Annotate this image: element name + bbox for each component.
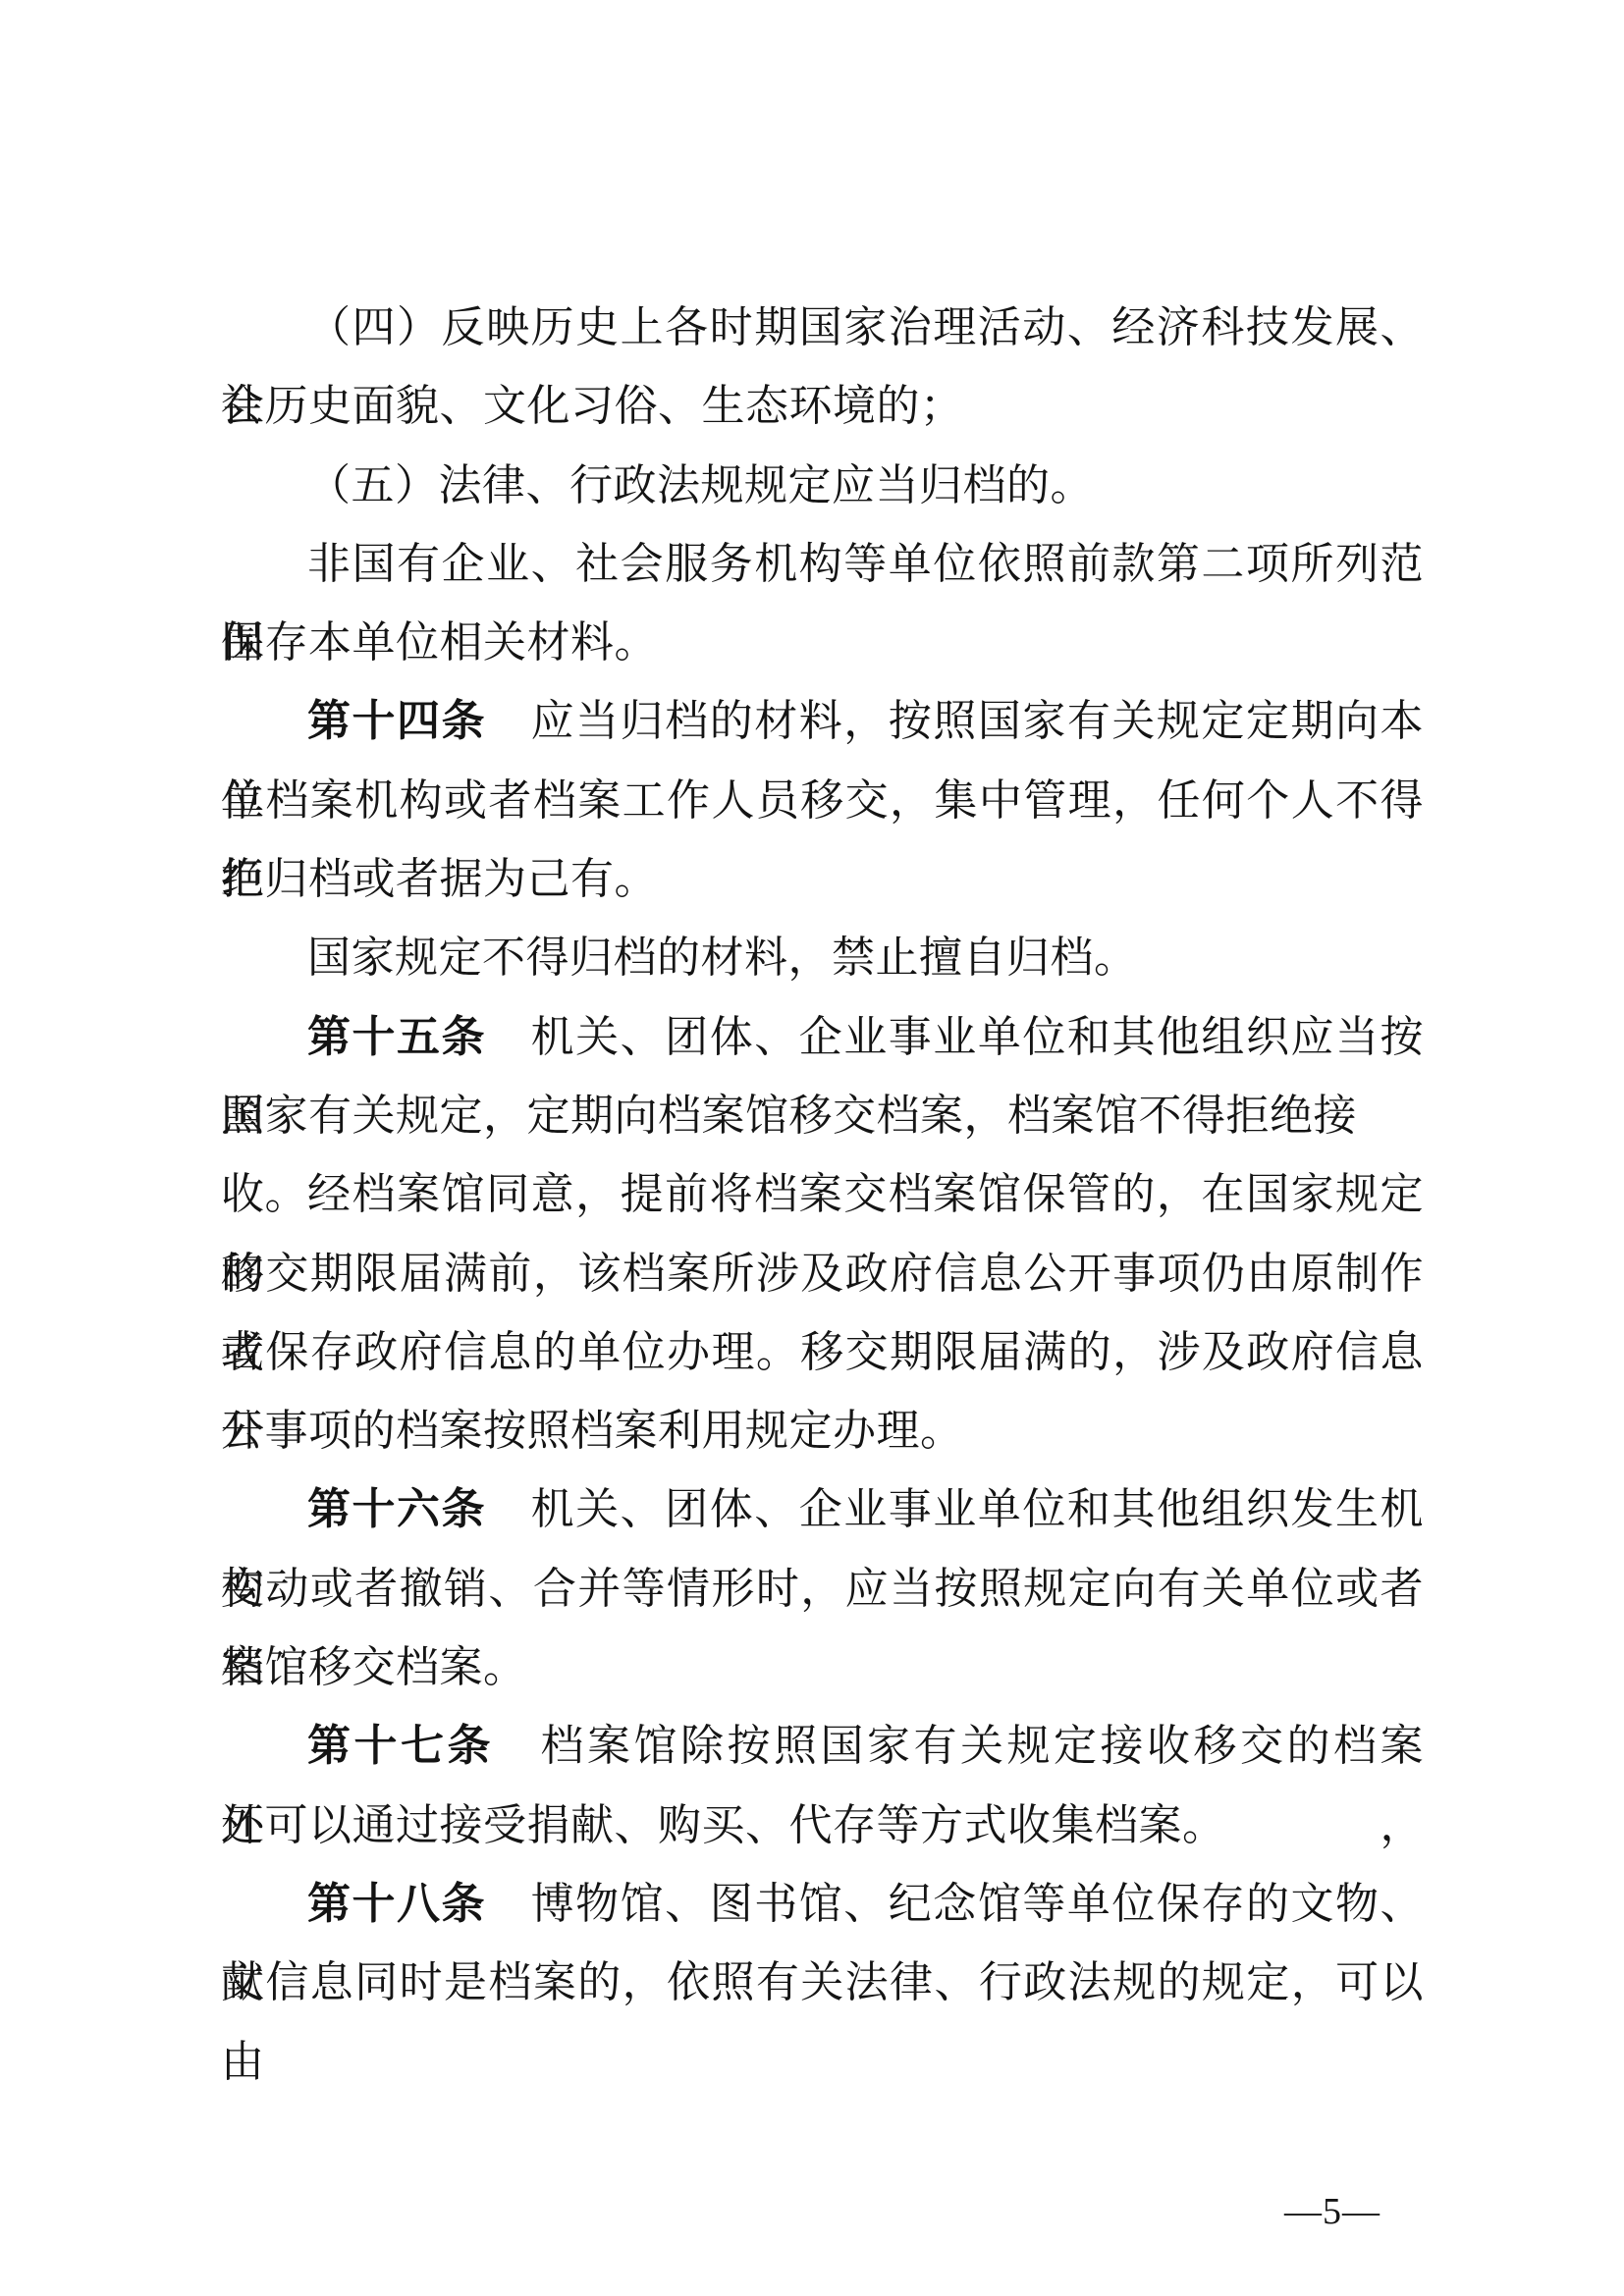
text-line: 绝归档或者据为己有。 <box>221 840 1424 919</box>
article-number: 第十七条 <box>307 1722 494 1770</box>
text-line: （五）法律、行政法规规定应当归档的。 <box>221 447 1424 525</box>
text-line: 案馆移交档案。 <box>221 1629 1424 1707</box>
text-line: 者保存政府信息的单位办理。移交期限届满的，涉及政府信息公 <box>221 1313 1424 1392</box>
text-line: 经档案馆同意，提前将档案交档案馆保管的，在国家规定的 <box>221 1155 1424 1234</box>
text-line: 会历史面貌、文化习俗、生态环境的； <box>221 367 1424 446</box>
article-number: 第十五条 <box>307 1013 486 1061</box>
article-number: 第十八条 <box>307 1880 486 1928</box>
text-line: （四）反映历史上各时期国家治理活动、经济科技发展、社 <box>221 289 1424 367</box>
article-heading-line: 第十六条 机关、团体、企业事业单位和其他组织发生机构 <box>221 1470 1424 1549</box>
article-heading-line: 第十七条 档案馆除按照国家有关规定接收移交的档案外， <box>221 1707 1424 1786</box>
text-line: 位档案机构或者档案工作人员移交，集中管理，任何个人不得拒 <box>221 762 1424 840</box>
text-line: 献信息同时是档案的，依照有关法律、行政法规的规定，可以由 <box>221 1944 1424 2022</box>
article-heading-line: 第十五条 机关、团体、企业事业单位和其他组织应当按照 <box>221 998 1424 1077</box>
text-line: 变动或者撤销、合并等情形时，应当按照规定向有关单位或者档 <box>221 1550 1424 1629</box>
article-heading-line: 第十四条 应当归档的材料，按照国家有关规定定期向本单 <box>221 682 1424 761</box>
article-number: 第十六条 <box>307 1485 486 1533</box>
article-number: 第十四条 <box>307 697 486 745</box>
text-line: 移交期限届满前，该档案所涉及政府信息公开事项仍由原制作或 <box>221 1235 1424 1313</box>
text-block: （四）反映历史上各时期国家治理活动、经济科技发展、社会历史面貌、文化习俗、生态环… <box>221 289 1424 2023</box>
article-heading-line: 第十八条 博物馆、图书馆、纪念馆等单位保存的文物、文 <box>221 1865 1424 1944</box>
document-page: （四）反映历史上各时期国家治理活动、经济科技发展、社会历史面貌、文化习俗、生态环… <box>0 0 1624 2296</box>
text-line: 国家规定不得归档的材料，禁止擅自归档。 <box>221 919 1424 997</box>
text-line: 开事项的档案按照档案利用规定办理。 <box>221 1392 1424 1470</box>
page-number: —5— <box>1284 2188 1380 2235</box>
text-line: 保存本单位相关材料。 <box>221 604 1424 682</box>
text-line: 非国有企业、社会服务机构等单位依照前款第二项所列范围 <box>221 525 1424 604</box>
text-line: 国家有关规定，定期向档案馆移交档案，档案馆不得拒绝接收。 <box>221 1077 1424 1155</box>
